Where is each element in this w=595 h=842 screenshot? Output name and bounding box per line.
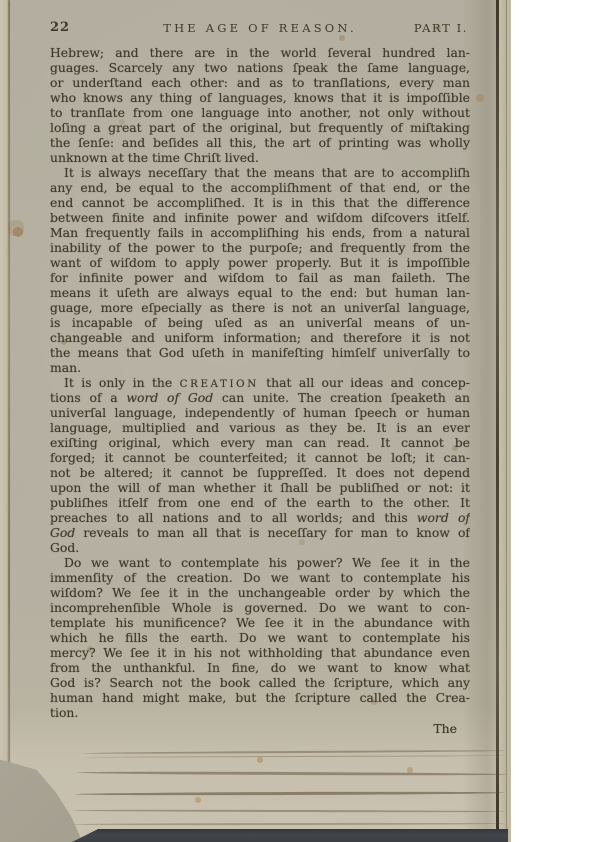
text-line: for infinite power and wiſdom to fail as… <box>50 270 470 285</box>
text-line: exiſting original, which every man can r… <box>50 435 470 450</box>
text-line: means it uſeth are always equal to the e… <box>50 285 470 300</box>
text-line: who knows any thing of languages, knows … <box>50 90 470 105</box>
text-line: publiſhes itſelf from one end of the ear… <box>50 495 470 510</box>
text-line: or underſtand each other: and as to tran… <box>50 75 470 90</box>
catchword: The <box>50 721 470 736</box>
text-line: the ſenſe: and beſides all this, the art… <box>50 135 470 150</box>
text-line: any end, be equal to the accompliſhment … <box>50 180 470 195</box>
text-line: end cannot be accompliſhed. It is in thi… <box>50 195 470 210</box>
text-line: inability of the power to the purpoſe; a… <box>50 240 470 255</box>
text-line: changeable and uniform information; and … <box>50 330 470 345</box>
text-line: immenſity of the creation. Do we want to… <box>50 570 470 585</box>
text-line: tion. <box>50 705 470 720</box>
text-line: man. <box>50 360 470 375</box>
text-line: language, multiplied and various as they… <box>50 420 470 435</box>
text-line: It is always neceſſary that the means th… <box>50 165 470 180</box>
running-header: 22 THE AGE OF REASON. PART I. <box>50 20 470 36</box>
text-line: is incapable of being uſed as an univerſ… <box>50 315 470 330</box>
running-title: THE AGE OF REASON. <box>163 21 357 35</box>
text-line: to tranſlate from one language into anot… <box>50 105 470 120</box>
text-line: want of wiſdom to apply power properly. … <box>50 255 470 270</box>
foxing-stains <box>0 0 4 4</box>
page-number: 22 <box>50 20 70 35</box>
text-line: incomprehenſible Whole is governed. Do w… <box>50 600 470 615</box>
text-line: unknown at the time Chriſt lived. <box>50 150 470 165</box>
text-line: not be altered; it cannot be ſuppreſſed.… <box>50 465 470 480</box>
text-line: from the unthankful. In fine, do we want… <box>50 660 470 675</box>
text-line: template his munificence? We ſee it in t… <box>50 615 470 630</box>
scanned-book-page: 22 THE AGE OF REASON. PART I. Hebrew; an… <box>0 0 595 842</box>
text-line: guages. Scarcely any two nations ſpeak t… <box>50 60 470 75</box>
underlying-pages-edge <box>499 0 511 842</box>
underlying-pages-edge-line <box>506 0 507 842</box>
left-edge-crease <box>8 0 10 788</box>
text-line: guage, more eſpecially as there is not a… <box>50 300 470 315</box>
text-line: preaches to all nations and to all world… <box>50 510 470 525</box>
text-line: tions of a word of God can unite. The cr… <box>50 390 470 405</box>
text-line: between finite and infinite power and wi… <box>50 210 470 225</box>
text-line: God reveals to man all that is neceſſary… <box>50 525 470 540</box>
page-text: Hebrew; and there are in the world ſever… <box>50 45 470 720</box>
text-line: forged; it cannot be counterfeited; it c… <box>50 450 470 465</box>
text-line: Man frequently fails in accompliſhing hi… <box>50 225 470 240</box>
text-line: univerſal language, independently of hum… <box>50 405 470 420</box>
text-line: human hand might make, but the ſcripture… <box>50 690 470 705</box>
text-line: upon the will of man whether it ſhall be… <box>50 480 470 495</box>
text-line: wiſdom? We ſee it in the unchangeable or… <box>50 585 470 600</box>
text-line: the means that God uſeth in manifeſting … <box>50 345 470 360</box>
text-line: God is? Search not the book called the ſ… <box>50 675 470 690</box>
part-label: PART I. <box>414 21 468 35</box>
book-cover-edge <box>72 829 508 842</box>
text-line: mercy? We ſee it in his not withholding … <box>50 645 470 660</box>
text-line: which he fills the earth. Do we want to … <box>50 630 470 645</box>
text-line: It is only in the CREATION that all our … <box>50 375 470 390</box>
text-line: Do we want to contemplate his power? We … <box>50 555 470 570</box>
text-line: God. <box>50 540 470 555</box>
text-line: Hebrew; and there are in the world ſever… <box>50 45 470 60</box>
text-line: loſing a great part of the original, but… <box>50 120 470 135</box>
